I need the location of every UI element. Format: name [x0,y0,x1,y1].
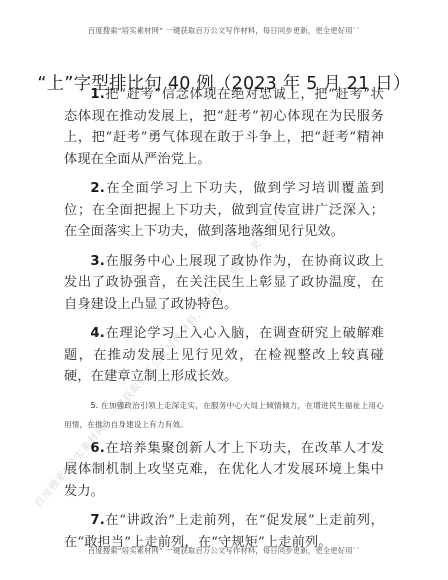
list-item-2: 2.在全面学习上下功夫，做到学习培训覆盖到位；在全面把握上下功夫，做到宣传宣讲广… [64,178,384,243]
item-text: 在理论学习上入心入脑，在调查研究上破解难题，在推动发展上见行见效，在检视整改上较… [64,326,384,384]
list-item-4: 4.在理论学习上入心入脑，在调查研究上破解难题，在推动发展上见行见效，在检视整改… [64,323,384,388]
item-text: 在服务中心上展现了政协作为，在协商议政上发出了政协强音，在关注民生上彰显了政协温… [64,254,384,312]
item-number: 3. [90,254,105,269]
item-number: 2. [90,181,105,196]
document-body: 1.把“赶考”信念体现在绝对忠诚上，把“赶考”状态体现在推动发展上，把“赶考”初… [64,84,384,561]
item-text: 在培养集聚创新人才上下功夫，在改革人才发展体制机制上攻坚克难，在优化人才发展环境… [64,441,384,499]
page-footer-banner: 百度搜索“培实素材网” 一键获取百万公文写作材料，每日同步更新，更全更好用`` [0,545,448,556]
page-header-banner: 百度搜索“培实素材网” 一键获取百万公文写作材料，每日同步更新，更全更好用`` [0,25,448,36]
item-number: 7. [90,513,105,528]
list-item-3: 3.在服务中心上展现了政协作为，在协商议政上发出了政协强音，在关注民生上彰显了政… [64,251,384,316]
item-text: 把“赶考”信念体现在绝对忠诚上，把“赶考”状态体现在推动发展上，把“赶考”初心体… [64,87,384,167]
item-number: 5. [91,401,99,410]
list-item-5: 5. 在加强政治引领上走深走实，在服务中心大局上倾情倾力，在增进民生福祉上用心用… [64,396,384,434]
item-number: 6. [90,441,105,456]
item-text: 在全面学习上下功夫，做到学习培训覆盖到位；在全面把握上下功夫，做到宣传宣讲广泛深… [64,181,384,239]
list-item-6: 6.在培养集聚创新人才上下功夫，在改革人才发展体制机制上攻坚克难，在优化人才发展… [64,438,384,503]
item-number: 1. [90,87,105,102]
item-text: 在加强政治引领上走深走实，在服务中心大局上倾情倾力，在增进民生福祉上用心用情，在… [64,401,384,429]
list-item-1: 1.把“赶考”信念体现在绝对忠诚上，把“赶考”状态体现在推动发展上，把“赶考”初… [64,84,384,170]
item-number: 4. [90,326,105,341]
